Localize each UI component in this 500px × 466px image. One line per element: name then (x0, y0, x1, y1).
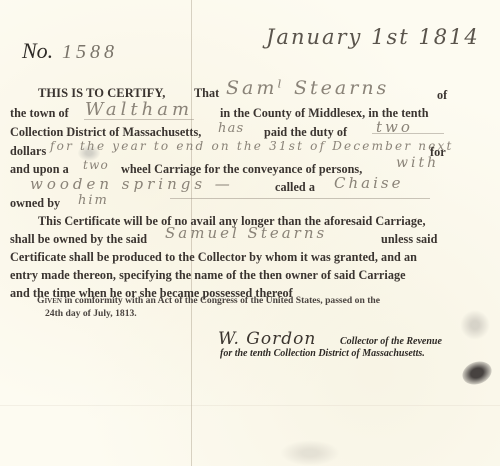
validity-line-2a: shall be owned by the said (10, 232, 147, 247)
text-paid-duty: paid the duty of (264, 125, 347, 140)
text-of: of (437, 88, 447, 103)
town-name-handwritten: Waltham (85, 99, 193, 120)
collector-signature: W. Gordon (218, 329, 316, 349)
text-collection-district: Collection District of Massachusetts, (10, 125, 201, 140)
text-town-of: the town of (10, 106, 69, 121)
collector-title-line-2: for the tenth Collection District of Mas… (220, 348, 425, 359)
springs-handwritten: wooden springs — (30, 175, 234, 193)
validity-line-4: entry made thereon, specifying the name … (10, 268, 406, 283)
pronoun-handwritten: has (218, 121, 244, 136)
carriage-type-handwritten: Chaise (334, 174, 403, 192)
certificate-number: 1588 (62, 41, 118, 64)
owner-name-handwritten: Samˡ Stearns (226, 77, 389, 99)
smudge (460, 310, 490, 340)
with-handwritten: with (396, 155, 439, 171)
text-called-a: called a (275, 180, 315, 195)
blank-line (170, 198, 430, 199)
certificate-date: January 1st 1814 (266, 25, 480, 49)
validity-line-3: Certificate shall be produced to the Col… (10, 250, 417, 265)
text-dollars: dollars (10, 144, 46, 159)
period-handwritten: for the year to end on the 31st of Decem… (50, 139, 454, 153)
collector-title-line-1: Collector of the Revenue (340, 336, 442, 347)
said-owner-handwritten: Samuel Stearns (165, 224, 327, 242)
certificate-number-label: No. (22, 38, 53, 64)
paper-fold-line-horizontal (0, 405, 500, 406)
underline-flourish (84, 119, 194, 120)
wheel-count-handwritten: two (83, 158, 109, 172)
owned-by-handwritten: him (78, 193, 109, 208)
smudge (280, 440, 340, 466)
given-line-2: 24th day of July, 1813. (45, 308, 137, 319)
given-line-1: Given in comformity with an Act of the C… (37, 295, 380, 306)
given-word: Given (37, 295, 62, 306)
validity-line-2b: unless said (381, 232, 437, 247)
text-that: That (194, 86, 219, 101)
text-owned-by: owned by (10, 196, 60, 211)
underline-flourish (372, 133, 444, 134)
given-line-1-text: in comformity with an Act of the Congres… (64, 295, 380, 306)
